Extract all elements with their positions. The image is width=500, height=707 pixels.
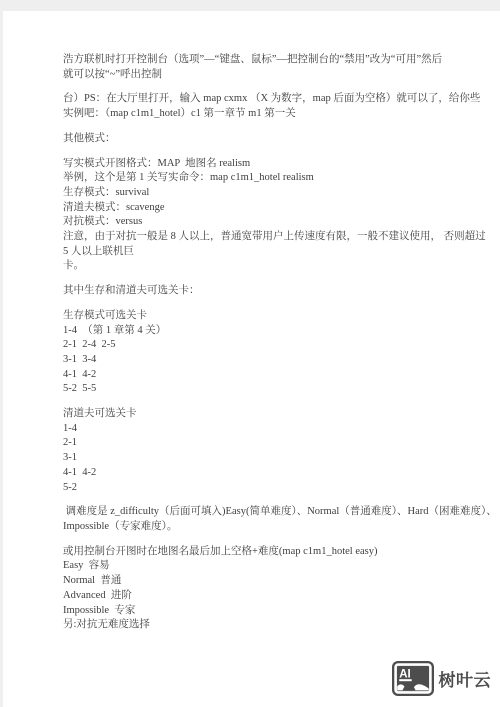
text-line: 举例，这个是第 1 关写实命令：map c1m1_hotel realism: [63, 171, 472, 186]
text-line: 清道夫可选关卡: [63, 407, 472, 422]
text-line: 就可以按“~”呼出控制: [63, 68, 472, 83]
document-page: 浩方联机时打开控制台（选项”—“键盘、鼠标”—把控制台的“禁用”改为“可用”然后…: [3, 11, 500, 707]
text-line: 3-1: [63, 451, 472, 466]
text-line: 1-4 （第 1 章第 4 关）: [63, 324, 472, 339]
text-line: 对抗模式：versus: [63, 215, 472, 230]
watermark-brand: 树叶云: [439, 666, 492, 691]
text-line: 注意，由于对抗一般是 8 人以上，普通宽带用户上传速度有限，一般不建议使用， 否…: [63, 230, 472, 245]
text-line: 5-2: [63, 481, 472, 496]
text-line: 2-1: [63, 436, 472, 451]
text-line: 4-1 4-2: [63, 368, 472, 383]
paragraph-difficulty-command: 调难度是 z_difficulty（后面可填入)Easy(简单难度）、Norma…: [63, 505, 472, 534]
text-line: 3-1 3-4: [63, 353, 472, 368]
text-line: 4-1 4-2: [63, 466, 472, 481]
text-line: Easy 容易: [63, 559, 472, 574]
text-line: Impossible（专家难度）。: [63, 520, 472, 535]
text-line: 其他模式：: [63, 132, 472, 147]
text-line: Advanced 进阶: [63, 589, 472, 604]
text-line: 生存模式：survival: [63, 186, 472, 201]
text-line: 生存模式可选关卡: [63, 309, 472, 324]
text-line: 写实模式开图格式：MAP 地图名 realism: [63, 157, 472, 172]
text-line: 清道夫模式：scavenge: [63, 201, 472, 216]
watermark: AI 树叶云: [392, 661, 492, 696]
text-line: 卡。: [63, 259, 472, 274]
paragraph-other-modes-heading: 其他模式：: [63, 132, 472, 147]
text-line: 实例吧：（map c1m1_hotel）c1 第一章节 m1 第一关: [63, 107, 472, 122]
ai-icon-label: AI: [399, 669, 411, 681]
text-line: 调难度是 z_difficulty（后面可填入)Easy(简单难度）、Norma…: [63, 505, 472, 520]
text-line: Impossible 专家: [63, 604, 472, 619]
paragraph-scavenge-levels: 清道夫可选关卡 1-4 2-1 3-1 4-1 4-2 5-2: [63, 407, 472, 495]
text-line: 或用控制台开图时在地图名最后加上空格+难度(map c1m1_hotel eas…: [63, 545, 472, 560]
text-line: 另:对抗无难度选择: [63, 618, 472, 633]
text-line: 5-2 5-5: [63, 382, 472, 397]
paragraph-map-command: 台）PS：在大厅里打开，输入 map cxmx （X 为数字，map 后面为空格…: [63, 92, 472, 121]
text-line: 2-1 2-4 2-5: [63, 338, 472, 353]
text-line: 5 人以上联机巨: [63, 245, 472, 260]
text-line: 浩方联机时打开控制台（选项”—“键盘、鼠标”—把控制台的“禁用”改为“可用”然后: [63, 53, 472, 68]
text-line: Normal 普通: [63, 574, 472, 589]
paragraph-console-howto: 浩方联机时打开控制台（选项”—“键盘、鼠标”—把控制台的“禁用”改为“可用”然后…: [63, 53, 472, 82]
paragraph-survival-levels: 生存模式可选关卡 1-4 （第 1 章第 4 关） 2-1 2-4 2-5 3-…: [63, 309, 472, 397]
text-line: 台）PS：在大厅里打开，输入 map cxmx （X 为数字，map 后面为空格…: [63, 92, 472, 107]
paragraph-mode-commands: 写实模式开图格式：MAP 地图名 realism 举例，这个是第 1 关写实命令…: [63, 157, 472, 275]
paragraph-difficulty-list: 或用控制台开图时在地图名最后加上空格+难度(map c1m1_hotel eas…: [63, 545, 472, 633]
document-content: 浩方联机时打开控制台（选项”—“键盘、鼠标”—把控制台的“禁用”改为“可用”然后…: [3, 11, 500, 633]
text-line: 其中生存和清道夫可选关卡：: [63, 284, 472, 299]
paragraph-selectable-levels-heading: 其中生存和清道夫可选关卡：: [63, 284, 472, 299]
ai-image-icon: AI: [392, 661, 434, 696]
text-line: 1-4: [63, 422, 472, 437]
